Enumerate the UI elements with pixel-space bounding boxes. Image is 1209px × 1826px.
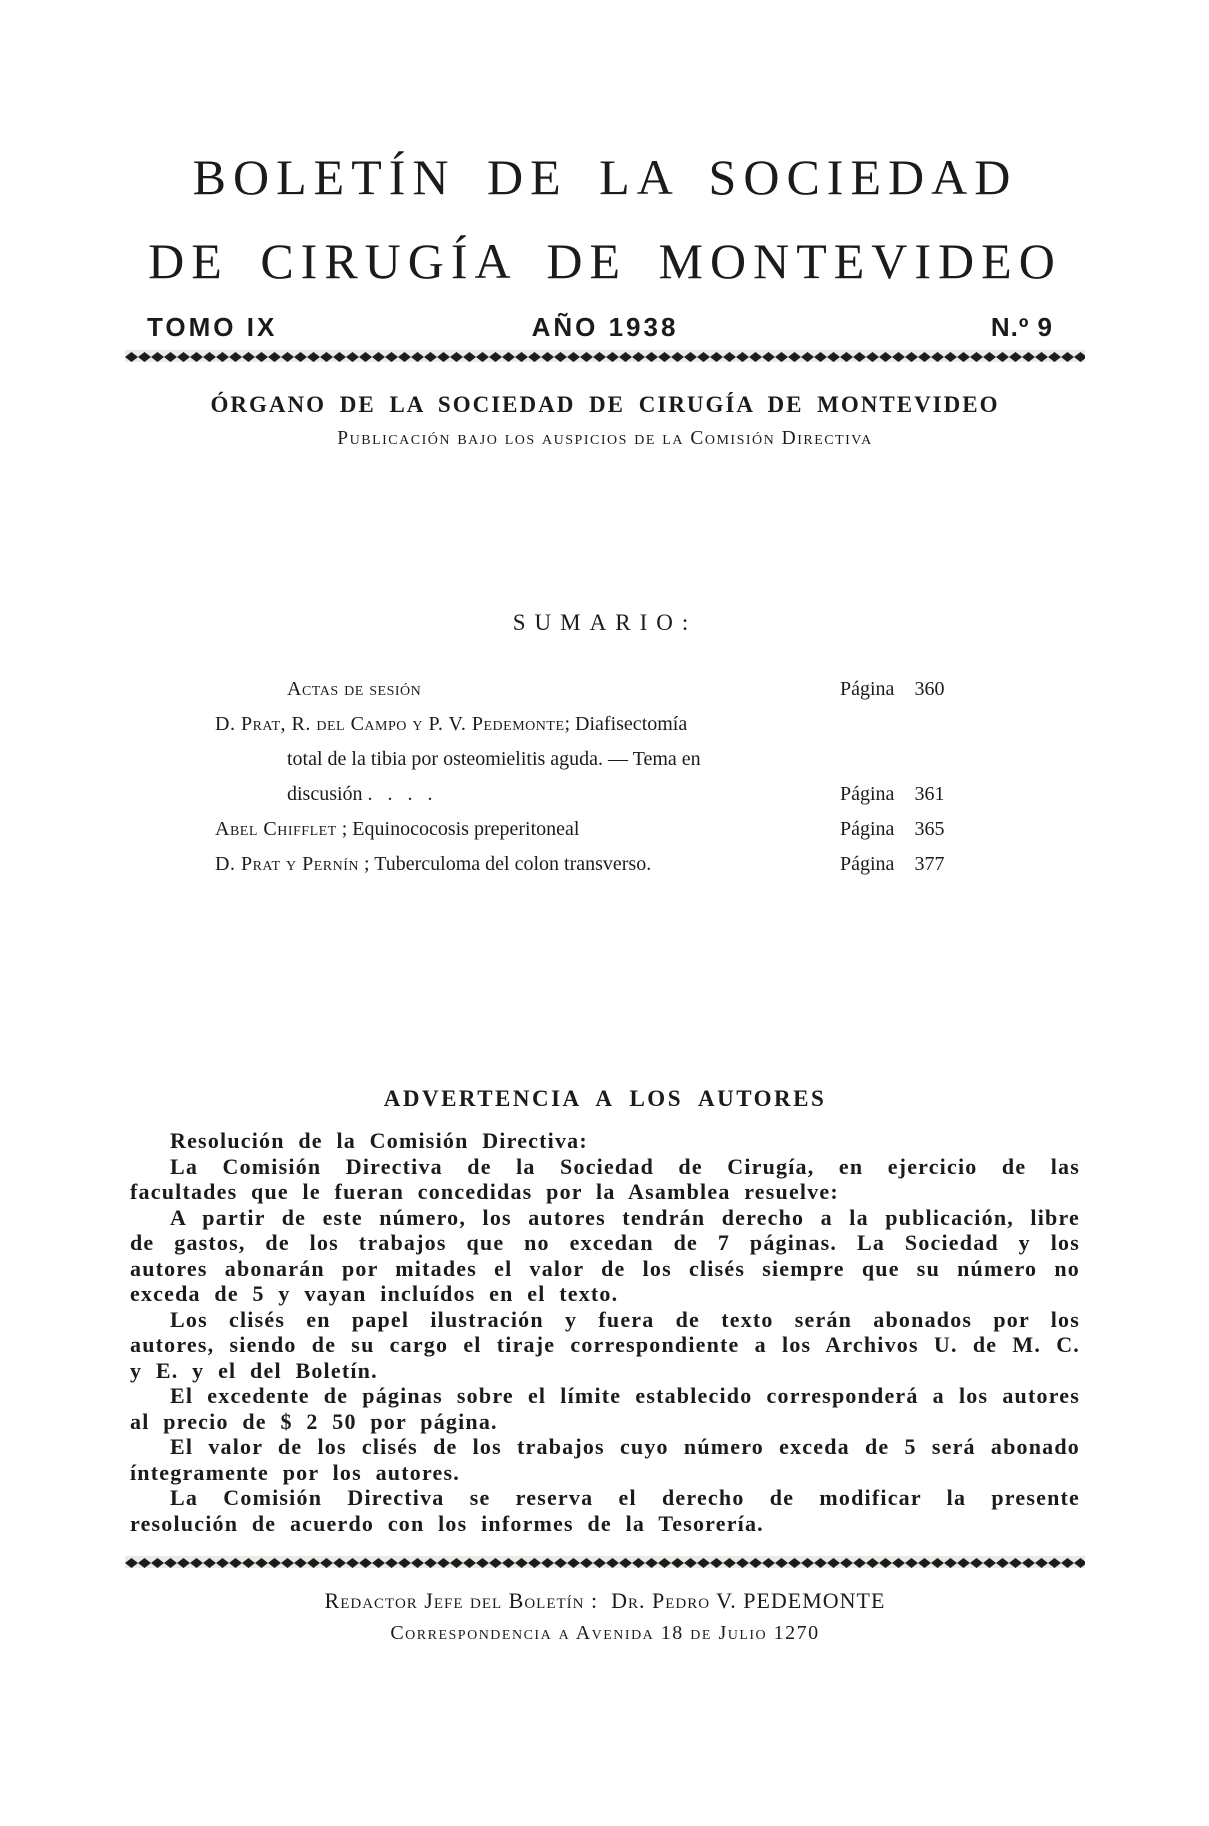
advertencia-paragraph: Resolución de la Comisión Directiva:: [130, 1128, 1080, 1154]
sumario-heading: SUMARIO:: [125, 610, 1085, 636]
entry-authors: Abel Chifflet: [215, 818, 337, 840]
title-line-2: DE CIRUGÍA DE MONTEVIDEO: [125, 219, 1085, 303]
advertencia-paragraph: El valor de los clisés de los trabajos c…: [130, 1434, 1080, 1485]
footer-editor-line: Redactor Jefe del Boletín : Dr. Pedro V.…: [125, 1588, 1085, 1614]
advertencia-paragraph: El excedente de páginas sobre el límite …: [130, 1383, 1080, 1434]
sumario-entry-actas: Actas de sesión Página360: [215, 672, 1075, 707]
pagina-number: 361: [894, 777, 944, 812]
auspices-line: Publicación bajo los auspicios de la Com…: [125, 428, 1085, 450]
entry-continuation: discusión . . . . Página361: [215, 777, 1075, 812]
page-content: BOLETÍN DE LA SOCIEDAD DE CIRUGÍA DE MON…: [125, 0, 1085, 1826]
entry-title: ; Diafisectomía: [565, 713, 688, 735]
entry-title: ; Tuberculoma del colon transverso.: [359, 853, 651, 875]
entry-title: Actas de sesión: [287, 678, 421, 700]
pagina-number: 360: [894, 672, 944, 707]
tomo-label: TOMO IX: [125, 312, 277, 343]
pagina-label: Página: [840, 678, 894, 700]
page-ref: Página360: [840, 672, 944, 707]
page-ref: Página377: [840, 847, 944, 882]
advertencia-paragraph: La Comisión Directiva de la Sociedad de …: [130, 1154, 1080, 1205]
title-line-1: BOLETÍN DE LA SOCIEDAD: [125, 135, 1085, 219]
advertencia-paragraph: Los clisés en papel ilustración y fuera …: [130, 1307, 1080, 1384]
bulletin-page: BOLETÍN DE LA SOCIEDAD DE CIRUGÍA DE MON…: [0, 0, 1209, 1826]
advertencia-body: Resolución de la Comisión Directiva: La …: [130, 1128, 1080, 1536]
sumario-entry-tuberculoma: D. Prat y Pernín ; Tuberculoma del colon…: [215, 847, 1075, 882]
edition-row: TOMO IX AÑO 1938 N.º 9: [125, 312, 1085, 343]
footer-address-line: Correspondencia a Avenida 18 de Julio 12…: [125, 1622, 1085, 1645]
sumario-entry-diafisectomia: D. Prat, R. del Campo y P. V. Pedemonte;…: [215, 707, 1075, 742]
year-label: AÑO 1938: [532, 312, 679, 343]
entry-title: ; Equinococosis preperitoneal: [337, 818, 580, 840]
entry-title-end: discusión . . . .: [287, 783, 433, 805]
zigzag-pattern-top: [125, 351, 1085, 363]
entry-continuation: total de la tibia por osteomielitis agud…: [215, 742, 1075, 777]
entry-authors: D. Prat y Pernín: [215, 853, 359, 875]
page-ref: Página361: [840, 777, 944, 812]
pagina-number: 365: [894, 812, 944, 847]
advertencia-paragraph: La Comisión Directiva se reserva el dere…: [130, 1485, 1080, 1536]
zigzag-divider-top: [125, 350, 1085, 362]
zigzag-divider-bottom: [125, 1556, 1085, 1568]
pagina-label: Página: [840, 818, 894, 840]
page-ref: Página365: [840, 812, 944, 847]
issue-number-label: N.º 9: [991, 312, 1085, 343]
organ-line: ÓRGANO DE LA SOCIEDAD DE CIRUGÍA DE MONT…: [125, 392, 1085, 418]
advertencia-heading: ADVERTENCIA A LOS AUTORES: [125, 1086, 1085, 1112]
advertencia-paragraph: A partir de este número, los autores ten…: [130, 1205, 1080, 1307]
bulletin-title: BOLETÍN DE LA SOCIEDAD DE CIRUGÍA DE MON…: [125, 135, 1085, 303]
entry-authors: D. Prat, R. del Campo y P. V. Pedemonte: [215, 713, 565, 735]
pagina-label: Página: [840, 853, 894, 875]
sumario-entry-equinococosis: Abel Chifflet ; Equinococosis preperiton…: [215, 812, 1075, 847]
pagina-number: 377: [894, 847, 944, 882]
zigzag-pattern-bottom: [125, 1557, 1085, 1569]
pagina-label: Página: [840, 783, 894, 805]
sumario-list: Actas de sesión Página360 D. Prat, R. de…: [215, 672, 1075, 882]
